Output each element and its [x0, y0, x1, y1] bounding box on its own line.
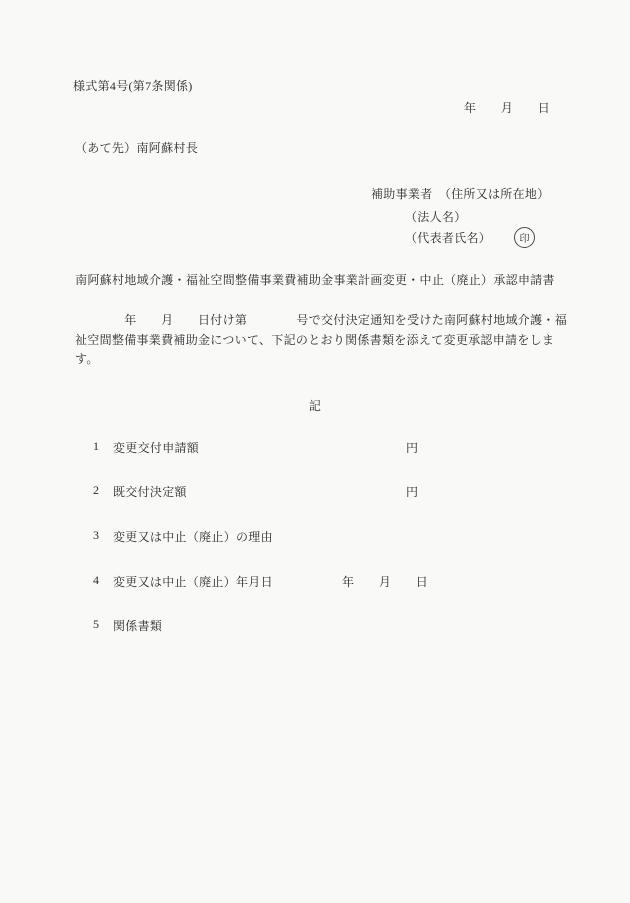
- item-label: 変更交付申請額: [113, 439, 199, 456]
- seal-mark-icon: 印: [514, 227, 535, 248]
- applicant-corporate-name-label: （法人名）: [405, 210, 467, 225]
- item-number: 2: [93, 483, 99, 498]
- item-date-blanks: 年 月 日: [342, 573, 428, 590]
- list-item-change-date: 4 変更又は中止（廃止）年月日 年 月 日: [0, 573, 630, 589]
- item-number: 4: [93, 573, 99, 588]
- list-item-reason: 3 変更又は中止（廃止）の理由: [0, 528, 630, 544]
- item-label: 既交付決定額: [113, 483, 187, 500]
- item-number: 1: [93, 439, 99, 454]
- body-paragraph-line-2: 祉空間整備事業費補助金について、下記のとおり関係書類を添えて変更承認申請をしま: [75, 333, 554, 348]
- addressee-line: （あて先）南阿蘇村長: [75, 141, 198, 156]
- applicant-representative-label: （代表者氏名）: [405, 231, 491, 246]
- list-item-related-documents: 5 関係書類: [0, 617, 630, 633]
- body-paragraph-line-3: す。: [75, 352, 99, 367]
- applicant-address-label: 補助事業者 （住所又は所在地）: [371, 187, 550, 202]
- item-unit: 円: [406, 483, 418, 500]
- list-item-change-application-amount: 1 変更交付申請額 円: [0, 439, 630, 455]
- item-number: 5: [93, 617, 99, 632]
- form-number: 様式第4号(第7条関係): [73, 79, 193, 94]
- document-title: 南阿蘇村地域介護・福祉空間整備事業費補助金事業計画変更・中止（廃止）承認申請書: [9, 273, 621, 288]
- item-label: 変更又は中止（廃止）の理由: [113, 528, 273, 545]
- body-paragraph-line-1: 年 月 日付け第 号で交付決定通知を受けた南阿蘇村地域介護・福: [75, 313, 567, 328]
- list-item-already-granted-amount: 2 既交付決定額 円: [0, 483, 630, 499]
- item-label: 関係書類: [113, 617, 162, 634]
- record-heading: 記: [9, 399, 621, 414]
- document-page: 様式第4号(第7条関係) 年 月 日 （あて先）南阿蘇村長 補助事業者 （住所又…: [0, 0, 630, 903]
- item-label: 変更又は中止（廃止）年月日: [113, 573, 273, 590]
- item-unit: 円: [406, 439, 418, 456]
- document-date-blanks: 年 月 日: [464, 101, 550, 116]
- item-number: 3: [93, 528, 99, 543]
